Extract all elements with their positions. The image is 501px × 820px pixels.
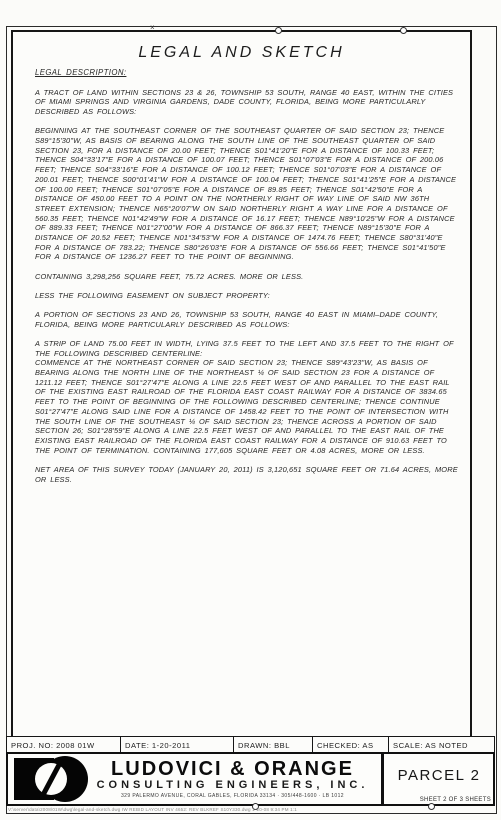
easement-paragraph: A PORTION OF SECTIONS 23 AND 26, TOWNSHI… <box>35 310 459 329</box>
less-easement-statement: LESS THE FOLLOWING EASEMENT ON SUBJECT P… <box>35 291 459 301</box>
date-field: DATE: 1-20-2011 <box>121 737 234 752</box>
scale-field: SCALE: AS NOTED <box>389 737 494 752</box>
plot-stamp: V:\server\data\2008\01W\dwg\legal-and-sk… <box>8 807 428 812</box>
page-title: LEGAL AND SKETCH <box>13 44 470 62</box>
checked-by-field: CHECKED: AS <box>313 737 389 752</box>
punch-hole-icon <box>400 27 407 34</box>
punch-hole-icon <box>428 803 435 810</box>
containing-statement: CONTAINING 3,298,256 SQUARE FEET, 75.72 … <box>35 272 459 282</box>
titleblock-info-row: PROJ. NO: 2008 01W DATE: 1-20-2011 DRAWN… <box>6 736 495 753</box>
company-block: LUDOVICI & ORANGE CONSULTING ENGINEERS, … <box>8 754 383 804</box>
parcel-box: PARCEL 2 SHEET 2 OF 3 SHEETS <box>383 754 493 804</box>
company-logo-icon <box>14 756 88 802</box>
punch-hole-icon <box>275 27 282 34</box>
legal-description-section: LEGAL DESCRIPTION: A TRACT OF LAND WITHI… <box>35 68 459 494</box>
legal-paragraph: A TRACT OF LAND WITHIN SECTIONS 23 & 26,… <box>35 88 459 117</box>
titleblock-company-row: LUDOVICI & ORANGE CONSULTING ENGINEERS, … <box>6 752 495 806</box>
net-area-statement: NET AREA OF THIS SURVEY TODAY (JANUARY 2… <box>35 465 459 484</box>
project-number: PROJ. NO: 2008 01W <box>7 737 121 752</box>
legal-description-heading: LEGAL DESCRIPTION: <box>35 68 459 78</box>
parcel-label: PARCEL 2 <box>387 767 491 784</box>
centerline-description: COMMENCE AT THE NORTHEAST CORNER OF SAID… <box>35 358 459 455</box>
company-subtitle: CONSULTING ENGINEERS, INC. <box>88 779 377 791</box>
strip-description: A STRIP OF LAND 75.00 FEET IN WIDTH, LYI… <box>35 339 459 358</box>
legal-paragraph: BEGINNING AT THE SOUTHEAST CORNER OF THE… <box>35 126 459 262</box>
drawn-by-field: DRAWN: BBL <box>234 737 313 752</box>
company-text: LUDOVICI & ORANGE CONSULTING ENGINEERS, … <box>88 759 377 799</box>
company-address: 329 PALERMO AVENUE, CORAL GABLES, FLORID… <box>88 793 377 799</box>
company-name: LUDOVICI & ORANGE <box>88 759 377 779</box>
registration-cross-mark-icon: × <box>150 25 155 31</box>
